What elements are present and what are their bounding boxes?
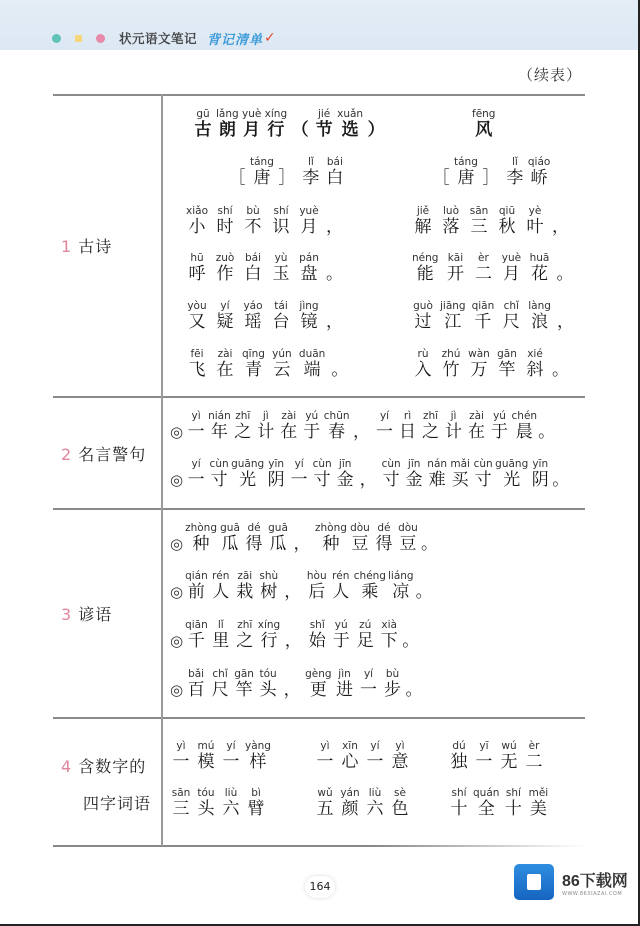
pinyin: qiáo: [528, 156, 550, 168]
ruby-char: jì计: [443, 410, 465, 442]
idiom: yì一mú模yí一yàng样: [170, 740, 274, 772]
ruby-char: quán全: [473, 787, 499, 819]
hanzi: 行: [258, 631, 280, 651]
pinyin: yí: [380, 410, 389, 422]
hanzi: 作: [214, 264, 236, 284]
ruby-char: gān竿: [496, 348, 518, 380]
ruby-char: lǐ李: [300, 156, 322, 188]
pinyin: làng: [528, 300, 551, 312]
pinyin: qīng: [242, 348, 265, 360]
pinyin: èr: [529, 740, 540, 752]
hanzi: 更: [307, 680, 329, 700]
pinyin: yè: [529, 205, 542, 217]
ruby-char: lǎng朗: [216, 108, 239, 140]
pinyin: rén: [332, 570, 349, 582]
hanzi: 月: [298, 217, 320, 237]
hanzi: 六: [364, 799, 386, 819]
ruby-char: ］: [480, 156, 502, 188]
hanzi: 一: [185, 422, 207, 442]
ruby-char: ［: [430, 156, 452, 188]
pinyin: lǐ: [512, 156, 518, 168]
punctuation: 。: [421, 534, 438, 554]
pinyin: zài: [469, 410, 484, 422]
header-brand-bar: 状元语文笔记 背记清单 ✓: [52, 28, 276, 48]
pinyin: jié: [318, 108, 330, 120]
hanzi: 十: [448, 799, 470, 819]
poem-line: rù入zhú竹wàn万gān竿xié斜。: [412, 348, 569, 380]
hanzi: 入: [412, 360, 434, 380]
pinyin: sè: [394, 787, 406, 799]
hanzi: 落: [440, 217, 462, 237]
pinyin: liù: [225, 787, 238, 799]
hanzi: 一: [220, 752, 242, 772]
pinyin: yú: [493, 410, 506, 422]
ruby-char: chén晨: [512, 410, 538, 442]
ruby-char: yì意: [389, 740, 411, 772]
hanzi: 月: [500, 264, 522, 284]
hanzi: 头: [257, 680, 279, 700]
pinyin: sān: [172, 787, 191, 799]
hanzi: 计: [255, 422, 277, 442]
hanzi: ［: [430, 168, 452, 188]
idiom: wǔ五yán颜liù六sè色: [314, 787, 414, 819]
pinyin: yì: [176, 740, 185, 752]
poem-author: ［táng唐 ］lǐ李qiáo峤: [430, 156, 552, 188]
hanzi: 之: [234, 631, 256, 651]
ruby-char: duān端: [299, 348, 325, 380]
pinyin: qián: [185, 570, 208, 582]
pinyin: bǎi: [188, 668, 204, 680]
ruby-char: qián前: [185, 570, 208, 602]
yellow-dot-icon: [75, 35, 82, 42]
pinyin: guò: [413, 300, 433, 312]
punctuation: ，: [557, 312, 574, 332]
ruby-char: zài在: [278, 410, 300, 442]
hanzi: 模: [195, 752, 217, 772]
idiom: yì一xīn心yí一yì意: [314, 740, 414, 772]
hanzi: 端: [301, 360, 323, 380]
pinyin: nián: [208, 410, 231, 422]
poem-line: fēi飞zài在qīng青yún云duān端。: [186, 348, 348, 380]
quote-line: ◎yí一cùn寸guāng光yīn阴yí一cùn寸jīn金 ，cùn寸jīn金n…: [170, 458, 569, 490]
pinyin: yàng: [245, 740, 271, 752]
pinyin: hòu: [307, 570, 327, 582]
ruby-char: sān三: [468, 205, 490, 237]
pinyin: yuè: [299, 205, 318, 217]
hanzi: 万: [468, 360, 490, 380]
ruby-char: yí一: [220, 740, 242, 772]
pinyin: shí: [451, 787, 466, 799]
pink-dot-icon: [96, 34, 105, 43]
pinyin: nán: [427, 458, 447, 470]
pinyin: mú: [198, 740, 215, 752]
ruby-char: shù树: [258, 570, 280, 602]
hanzi: 千: [185, 631, 207, 651]
ruby-char: wàn万: [468, 348, 490, 380]
pinyin: zú: [359, 619, 371, 631]
hanzi: 心: [339, 752, 361, 772]
hanzi: 飞: [186, 360, 208, 380]
pinyin: bái: [327, 156, 343, 168]
pinyin: [285, 156, 288, 168]
hanzi: （: [289, 120, 311, 140]
hanzi: 二: [523, 752, 545, 772]
ruby-char: yí一: [288, 458, 310, 490]
hanzi: ］: [480, 168, 502, 188]
ruby-char: qiān千: [185, 619, 208, 651]
hanzi: 晨: [513, 422, 535, 442]
punctuation: 。: [538, 422, 555, 442]
ruby-char: tái台: [270, 300, 292, 332]
punctuation: 。: [326, 264, 343, 284]
hanzi: 浪: [529, 312, 551, 332]
hanzi: 千: [472, 312, 494, 332]
idiom: dú独yī一wú无èr二: [448, 740, 548, 772]
ruby-char: yàng样: [245, 740, 271, 772]
hanzi: 光: [237, 470, 259, 490]
hanzi: 阴: [265, 470, 287, 490]
pinyin: èr: [478, 252, 489, 264]
punctuation: 。: [402, 631, 419, 651]
ruby-char: yáo瑶: [242, 300, 264, 332]
ruby-char: xié斜: [524, 348, 546, 380]
ruby-char: liù六: [220, 787, 242, 819]
hanzi: 竹: [440, 360, 462, 380]
pinyin: xià: [381, 619, 397, 631]
ruby-char: yī一: [473, 740, 495, 772]
pinyin: sān: [470, 205, 489, 217]
ruby-char: sān三: [170, 787, 192, 819]
ruby-char: fēng风: [472, 108, 495, 140]
hanzi: 乘: [359, 582, 381, 602]
hanzi: 一: [288, 470, 310, 490]
pinyin: yí: [295, 458, 304, 470]
proverb-line: ◎zhòng种guā瓜dé得guā瓜 ，zhòng种dòu豆dé得dòu豆。: [170, 522, 438, 554]
pinyin: jìng: [299, 300, 318, 312]
punctuation: ，: [326, 217, 343, 237]
ruby-char: shí十: [448, 787, 470, 819]
proverb-line: ◎qián前rén人zāi栽shù树 ，hòu后rén人chéng乘liáng凉…: [170, 570, 433, 602]
pinyin: chǐ: [212, 668, 227, 680]
hanzi: 金: [334, 470, 356, 490]
hanzi: 一: [170, 752, 192, 772]
hanzi: 疑: [214, 312, 236, 332]
continued-label: （续表）: [518, 64, 582, 85]
pinyin: zài: [281, 410, 296, 422]
idiom: sān三tóu头liù六bì臂: [170, 787, 270, 819]
pinyin: wàn: [468, 348, 490, 360]
ruby-char: zài在: [466, 410, 488, 442]
category-famous-quotes: 2名言警句: [61, 442, 146, 465]
poem-title: fēng风: [472, 108, 499, 140]
ruby-char: guò过: [412, 300, 434, 332]
ruby-char: bù步: [382, 668, 404, 700]
hanzi: 独: [448, 752, 470, 772]
pinyin: yīn: [268, 458, 284, 470]
hanzi: ，: [281, 680, 303, 700]
pinyin: quán: [473, 787, 499, 799]
page-number: 164: [305, 876, 335, 898]
ruby-char: zú足: [354, 619, 376, 651]
hanzi: 一: [185, 470, 207, 490]
pinyin: dú: [452, 740, 465, 752]
pinyin: yí: [370, 740, 379, 752]
bullet-icon: ◎: [170, 534, 183, 554]
hanzi: 风: [473, 120, 495, 140]
ruby-char: èr二: [472, 252, 494, 284]
hanzi: 李: [504, 168, 526, 188]
ruby-char: zuò作: [214, 252, 236, 284]
hanzi: 能: [414, 264, 436, 284]
ruby-char: zhī之: [232, 410, 254, 442]
ruby-char: dú独: [448, 740, 470, 772]
pinyin: bù: [386, 668, 399, 680]
hanzi: 一: [374, 422, 396, 442]
pinyin: gān: [497, 348, 517, 360]
pinyin: guāng: [495, 458, 528, 470]
hanzi: 人: [210, 582, 232, 602]
pinyin: [439, 156, 442, 168]
ruby-char: yīn阴: [529, 458, 551, 490]
ruby-char: yuè月: [500, 252, 522, 284]
hanzi: 开: [444, 264, 466, 284]
pinyin: huā: [530, 252, 550, 264]
pinyin: jīn: [408, 458, 421, 470]
hanzi: 瓜: [219, 534, 241, 554]
pinyin: yòu: [187, 300, 206, 312]
hanzi: 之: [232, 422, 254, 442]
hanzi: 春: [326, 422, 348, 442]
ruby-char: jìn进: [334, 668, 356, 700]
pinyin: yì: [395, 740, 404, 752]
pinyin: shí: [506, 787, 521, 799]
hanzi: 行: [265, 120, 287, 140]
row-divider: [53, 717, 585, 719]
hanzi: 李: [300, 168, 322, 188]
ruby-char: dé得: [373, 522, 395, 554]
hanzi: 日: [397, 422, 419, 442]
hanzi: 白: [324, 168, 346, 188]
hanzi: 种: [190, 534, 212, 554]
pinyin: bái: [245, 252, 261, 264]
hanzi: 节: [313, 120, 335, 140]
hanzi: 得: [373, 534, 395, 554]
poem-line: jiě解luò落sān三qiū秋yè叶，: [412, 205, 569, 237]
pinyin: luò: [443, 205, 459, 217]
pinyin: fēng: [472, 108, 495, 120]
ruby-char: làng浪: [528, 300, 551, 332]
ruby-char: tóu头: [195, 787, 217, 819]
pinyin: jiě: [417, 205, 429, 217]
ruby-char: qiáo峤: [528, 156, 550, 188]
hanzi: 呼: [186, 264, 208, 284]
ruby-char: ，: [351, 410, 373, 442]
hanzi: ［: [226, 168, 248, 188]
pinyin: [290, 668, 293, 680]
ruby-char: èr二: [523, 740, 545, 772]
pinyin: qiān: [185, 619, 208, 631]
pinyin: yú: [335, 619, 348, 631]
pinyin: bù: [246, 205, 259, 217]
hanzi: 朗: [216, 120, 238, 140]
pinyin: zhī: [423, 410, 438, 422]
pinyin: yīn: [532, 458, 548, 470]
hanzi: ）: [365, 120, 387, 140]
hanzi: 十: [502, 799, 524, 819]
hanzi: 寸: [208, 470, 230, 490]
hanzi: 叶: [524, 217, 546, 237]
hanzi: 唐: [455, 168, 477, 188]
pinyin: lǐ: [308, 156, 314, 168]
hanzi: 色: [389, 799, 411, 819]
hanzi: 意: [389, 752, 411, 772]
hanzi: 在: [278, 422, 300, 442]
hanzi: ，: [282, 631, 304, 651]
category-proverbs: 3谚语: [61, 602, 112, 625]
proverb-line: ◎bǎi百chǐ尺gān竿tóu头 ，gèng更jìn进yí一bù步。: [170, 668, 423, 700]
table-top-border: [53, 94, 585, 96]
pinyin: cùn: [210, 458, 229, 470]
hanzi: 样: [247, 752, 269, 772]
ruby-char: bǎi百: [185, 668, 207, 700]
poem-line: néng能kāi开èr二yuè月huā花。: [412, 252, 573, 284]
hanzi: 在: [466, 422, 488, 442]
pinyin: wú: [501, 740, 516, 752]
pinyin: xuǎn: [337, 108, 363, 120]
ruby-char: ，: [282, 619, 304, 651]
ruby-char: ］: [276, 156, 298, 188]
hanzi: 无: [498, 752, 520, 772]
pinyin: lǎng: [216, 108, 239, 120]
hanzi: 尺: [209, 680, 231, 700]
pinyin: jìn: [338, 668, 351, 680]
ruby-char: zhòng种: [315, 522, 347, 554]
ruby-char: mú模: [195, 740, 217, 772]
pinyin: táng: [454, 156, 478, 168]
pinyin: guāng: [231, 458, 264, 470]
pinyin: bì: [251, 787, 261, 799]
ruby-char: xíng行: [265, 108, 287, 140]
ruby-char: měi美: [527, 787, 549, 819]
hanzi: 前: [185, 582, 207, 602]
ruby-char: zhī之: [234, 619, 256, 651]
hanzi: 云: [271, 360, 293, 380]
pinyin: gān: [234, 668, 254, 680]
pinyin: chén: [512, 410, 538, 422]
ruby-char: dé得: [243, 522, 265, 554]
hanzi: 阴: [529, 470, 551, 490]
hanzi: 步: [382, 680, 404, 700]
hanzi: 美: [527, 799, 549, 819]
hanzi: 栽: [234, 582, 256, 602]
pinyin: yì: [192, 410, 201, 422]
ruby-char: chūn春: [324, 410, 350, 442]
ruby-char: bái白: [324, 156, 346, 188]
pinyin: rù: [418, 348, 429, 360]
hanzi: 于: [301, 422, 323, 442]
hanzi: 里: [210, 631, 232, 651]
ruby-char: tóu头: [257, 668, 279, 700]
ruby-char: hū呼: [186, 252, 208, 284]
ruby-char: pán盘: [298, 252, 320, 284]
category-ancient-poems: 1古诗: [61, 234, 112, 257]
hanzi: 豆: [397, 534, 419, 554]
punctuation: 。: [406, 680, 423, 700]
hanzi: ，: [282, 582, 304, 602]
check-mark-icon: ✓: [264, 30, 276, 46]
ruby-char: qiān千: [472, 300, 495, 332]
hanzi: 白: [242, 264, 264, 284]
pinyin: chūn: [324, 410, 350, 422]
ruby-char: yì一: [185, 410, 207, 442]
hanzi: 在: [214, 360, 236, 380]
ruby-char: jié节: [313, 108, 335, 140]
pinyin: zāi: [237, 570, 252, 582]
ruby-char: rén人: [330, 570, 352, 602]
pinyin: wǔ: [317, 787, 332, 799]
ruby-char: yīn阴: [265, 458, 287, 490]
pinyin: jì: [451, 410, 457, 422]
ruby-char: luò落: [440, 205, 462, 237]
pinyin: yí: [192, 458, 201, 470]
hanzi: 凉: [390, 582, 412, 602]
ruby-char: yú于: [489, 410, 511, 442]
hanzi: 竿: [233, 680, 255, 700]
quote-line: ◎yì一nián年zhī之jì计zài在yú于chūn春 ，yí一rì日zhī之…: [170, 410, 555, 442]
ruby-char: cùn寸: [311, 458, 333, 490]
poem-line: yòu又yí疑yáo瑶tái台jìng镜，: [186, 300, 343, 332]
ruby-char: zài在: [214, 348, 236, 380]
pinyin: dé: [247, 522, 260, 534]
hanzi: 颜: [339, 799, 361, 819]
ruby-char: guāng光: [231, 458, 264, 490]
poem-line: hū呼zuò作bái白yù玉pán盘。: [186, 252, 343, 284]
ruby-char: yòu又: [186, 300, 208, 332]
ruby-char: qīng青: [242, 348, 265, 380]
row-divider: [53, 396, 585, 398]
hanzi: 镜: [298, 312, 320, 332]
ruby-char: sè色: [389, 787, 411, 819]
ruby-char: （: [289, 108, 311, 140]
ruby-char: jiě解: [412, 205, 434, 237]
ruby-char: guā瓜: [267, 522, 289, 554]
hanzi: 后: [306, 582, 328, 602]
ruby-char: nián年: [208, 410, 231, 442]
watermark: 86下载网 WWW.86XIAZAI.COM: [514, 864, 628, 900]
ruby-char: zhòng种: [185, 522, 217, 554]
ruby-char: hòu后: [306, 570, 328, 602]
table-bottom-border: [53, 845, 585, 847]
hanzi: 台: [270, 312, 292, 332]
bullet-icon: ◎: [170, 680, 183, 700]
ruby-char: kāi开: [444, 252, 466, 284]
punctuation: 。: [552, 360, 569, 380]
ruby-char: shí识: [270, 205, 292, 237]
category-number-idioms: 4含数字的 四字词语: [61, 754, 151, 814]
ruby-char: gū古: [192, 108, 214, 140]
pinyin: zuò: [216, 252, 235, 264]
ruby-char: ［: [226, 156, 248, 188]
poem-line: guò过jiāng江qiān千chǐ尺làng浪，: [412, 300, 574, 332]
hanzi: 年: [208, 422, 230, 442]
ruby-char: chéng乘: [354, 570, 386, 602]
pinyin: cùn: [382, 458, 401, 470]
pinyin: yuè: [502, 252, 521, 264]
pinyin: táng: [250, 156, 274, 168]
ruby-char: ，: [291, 522, 313, 554]
pinyin: xíng: [258, 619, 280, 631]
brand-title: 状元语文笔记: [119, 29, 197, 47]
